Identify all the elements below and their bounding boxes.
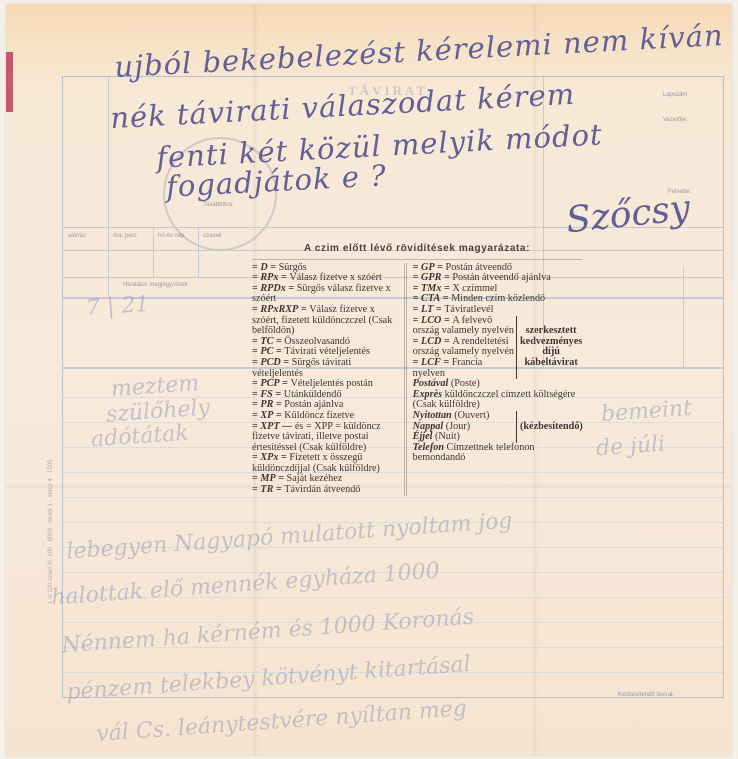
- legend-entry: = RPxRXP = Válasz fizetve x szóért, fize…: [252, 305, 400, 337]
- legend-entry: = XPT — és = XPP = küldöncz fizetve távi…: [252, 422, 400, 454]
- legend-text: =: [413, 304, 421, 315]
- legend-text: =: [441, 272, 452, 283]
- legend-text: RPxRXP: [260, 304, 298, 315]
- legend-text: LCD: [421, 336, 441, 347]
- legend-text: Sürgős: [279, 262, 307, 273]
- table-header-date: hó és nap: [158, 233, 184, 239]
- legend-text: Távirdán átveendő: [284, 484, 360, 495]
- legend-entry: = PCD = Sürgős távirati vételjelentés: [252, 358, 400, 379]
- legend-text: Exprès: [413, 389, 442, 400]
- footer-label: Kézbesítendő távirat.: [618, 692, 674, 698]
- legend-text: X czímmel: [452, 283, 497, 294]
- column-divider: [153, 227, 154, 277]
- table-header-words: szavak: [203, 233, 222, 239]
- legend-text: Összeolvasandó: [284, 336, 350, 347]
- sheet-label: Lapszám: [663, 92, 687, 98]
- legend-text: =: [413, 315, 421, 326]
- legend-text: =: [433, 304, 444, 315]
- legend-text: =: [268, 262, 279, 273]
- legend-text: —: [280, 421, 295, 432]
- bracket-note: (kézbesítendő): [516, 411, 582, 443]
- legend-text: (Jour): [446, 421, 470, 432]
- legend-text: LCF: [421, 357, 441, 368]
- legend-text: Vételjelentés postán: [291, 378, 373, 389]
- legend-text: =: [273, 399, 284, 410]
- legend-right-column: = GP = Postán átveendő = GPR = Postán át…: [407, 263, 582, 496]
- legend-text: =: [435, 262, 446, 273]
- legend-text: =: [441, 336, 452, 347]
- legend-entry: = XPx = Fizetett x összegű küldönczdíjja…: [252, 453, 400, 474]
- legend-text: (Nuit): [435, 431, 460, 442]
- legend-text: =: [441, 283, 452, 294]
- legend-text: Éjjel: [413, 431, 433, 442]
- column-divider: [683, 267, 684, 367]
- legend-text: D: [260, 262, 267, 273]
- legend-text: XPT: [260, 421, 279, 432]
- delivery-group: Nyitottan (Ouvert) Nappal (Jour) Éjjel (…: [413, 411, 582, 443]
- table-header-signature: aláírás: [68, 233, 86, 239]
- faint-handwriting: vál Cs. leánytestvére nyíltan meg: [96, 696, 468, 747]
- column-divider: [198, 227, 199, 277]
- legend-text: CTA: [421, 293, 440, 304]
- legend-text: (Poste): [451, 378, 480, 389]
- legend-text: TC: [260, 336, 273, 347]
- legend-text: TMx: [421, 283, 441, 294]
- abbreviations-legend: A czim előtt lévő rövidítések magyarázat…: [252, 244, 582, 496]
- legend-text: TR: [260, 484, 273, 495]
- legend-text: PC: [260, 346, 273, 357]
- legend-text: MP: [260, 473, 275, 484]
- legend-text: GP: [421, 262, 435, 273]
- legend-text: =: [281, 357, 292, 368]
- station-label: Vezetője:: [663, 117, 688, 123]
- legend-text: =: [441, 315, 452, 326]
- legend-text: =: [273, 484, 284, 495]
- red-tape-remnant: [6, 52, 13, 112]
- legend-text: =: [413, 283, 421, 294]
- legend-text: Postán átveendő ajánlva: [452, 272, 550, 283]
- legend-text: =: [273, 389, 284, 400]
- legend-text: =: [280, 378, 291, 389]
- legend-entry: Exprès küldönczczel cimzett költségére (…: [413, 390, 582, 411]
- legend-text: Válasz fizetve x szóért: [289, 272, 382, 283]
- legend-text: Postán átveendő: [446, 262, 513, 273]
- legend-text: Saját kezéhez: [287, 473, 343, 484]
- legend-text: =: [441, 357, 452, 368]
- legend-text: =: [413, 272, 421, 283]
- side-print-text: 1 ív 100 szám III. 100 · 6000 · drukk 1 …: [48, 460, 54, 604]
- legend-entry: Telefon Címzettnek telefonon bemondandó: [413, 443, 582, 464]
- legend-title: A czim előtt lévő rövidítések magyarázat…: [252, 244, 582, 255]
- legend-text: =: [440, 293, 451, 304]
- legend-text: Telefon: [413, 442, 444, 453]
- legend-text: =: [413, 293, 421, 304]
- legend-text: =: [273, 410, 284, 421]
- legend-text: =: [278, 452, 289, 463]
- legend-text: Nappal: [413, 421, 444, 432]
- legend-text: GPR: [421, 272, 441, 283]
- legend-text: XPx: [260, 452, 278, 463]
- handwritten-line-1: ujból bekebelezést kérelemi nem kíván: [114, 18, 725, 84]
- faint-handwriting: de júli: [595, 432, 666, 462]
- legend-text: XP: [260, 410, 273, 421]
- legend-text: =: [276, 473, 287, 484]
- legend-text: =: [278, 272, 289, 283]
- legend-text: Postán ajánlva: [284, 399, 343, 410]
- legend-text: =: [413, 262, 421, 273]
- legend-text: RPx: [260, 272, 278, 283]
- column-divider: [108, 77, 109, 297]
- legend-text: =: [413, 336, 421, 347]
- telegram-sheet: TÁVIRAT aláírás óra, perc hó és nap szav…: [6, 4, 732, 756]
- legend-entry: = LCO = A felvevő ország valamely nyelvé…: [413, 316, 516, 337]
- legend-text: =: [273, 346, 284, 357]
- legend-text: Minden czím közlendő: [451, 293, 545, 304]
- legend-text: =: [298, 304, 309, 315]
- legend-text: PR: [260, 399, 273, 410]
- legend-text: LCO: [421, 315, 441, 326]
- legend-text: =: [413, 357, 421, 368]
- legend-text: =: [286, 283, 297, 294]
- legend-entry: = TR = Távirdán átveendő: [252, 485, 400, 496]
- legend-text: Nyitottan: [413, 410, 452, 421]
- cable-telegram-group: = LCO = A felvevő ország valamely nyelvé…: [413, 316, 582, 380]
- legend-text: =: [273, 336, 284, 347]
- remarks-header: Hivatalos megjegyzések: [123, 282, 188, 288]
- legend-entry: = LCF = Francia nyelven: [413, 358, 516, 379]
- legend-text: Távirati vételjelentés: [284, 346, 370, 357]
- bracket-note: szerkesztett kedvezményes díjú kábeltávi…: [516, 316, 582, 380]
- legend-text: LT: [421, 304, 433, 315]
- legend-entry: = LCD = A rendeltetési ország valamely n…: [413, 337, 516, 358]
- writing-line: [63, 497, 723, 498]
- forwarded-label: Továbbítva:: [203, 202, 234, 208]
- legend-text: RPDx: [260, 283, 285, 294]
- legend-text: Küldöncz fizetve: [284, 410, 354, 421]
- table-header-time: óra, perc: [113, 233, 137, 239]
- legend-text: Utánküldendő: [284, 389, 342, 400]
- legend-text: Táviratlevél: [444, 304, 493, 315]
- legend-entry: = RPDx = Sürgős válasz fizetve x szóért: [252, 284, 400, 305]
- legend-text: Postával: [413, 378, 449, 389]
- legend-text: PCD: [260, 357, 280, 368]
- legend-text: FS: [260, 389, 272, 400]
- legend-left-column: = D = Sürgős = RPx = Válasz fizetve x sz…: [252, 263, 407, 496]
- legend-text: PCP: [260, 378, 279, 389]
- legend-text: (Ouvert): [454, 410, 489, 421]
- faint-handwriting: 7 | 21: [85, 292, 150, 321]
